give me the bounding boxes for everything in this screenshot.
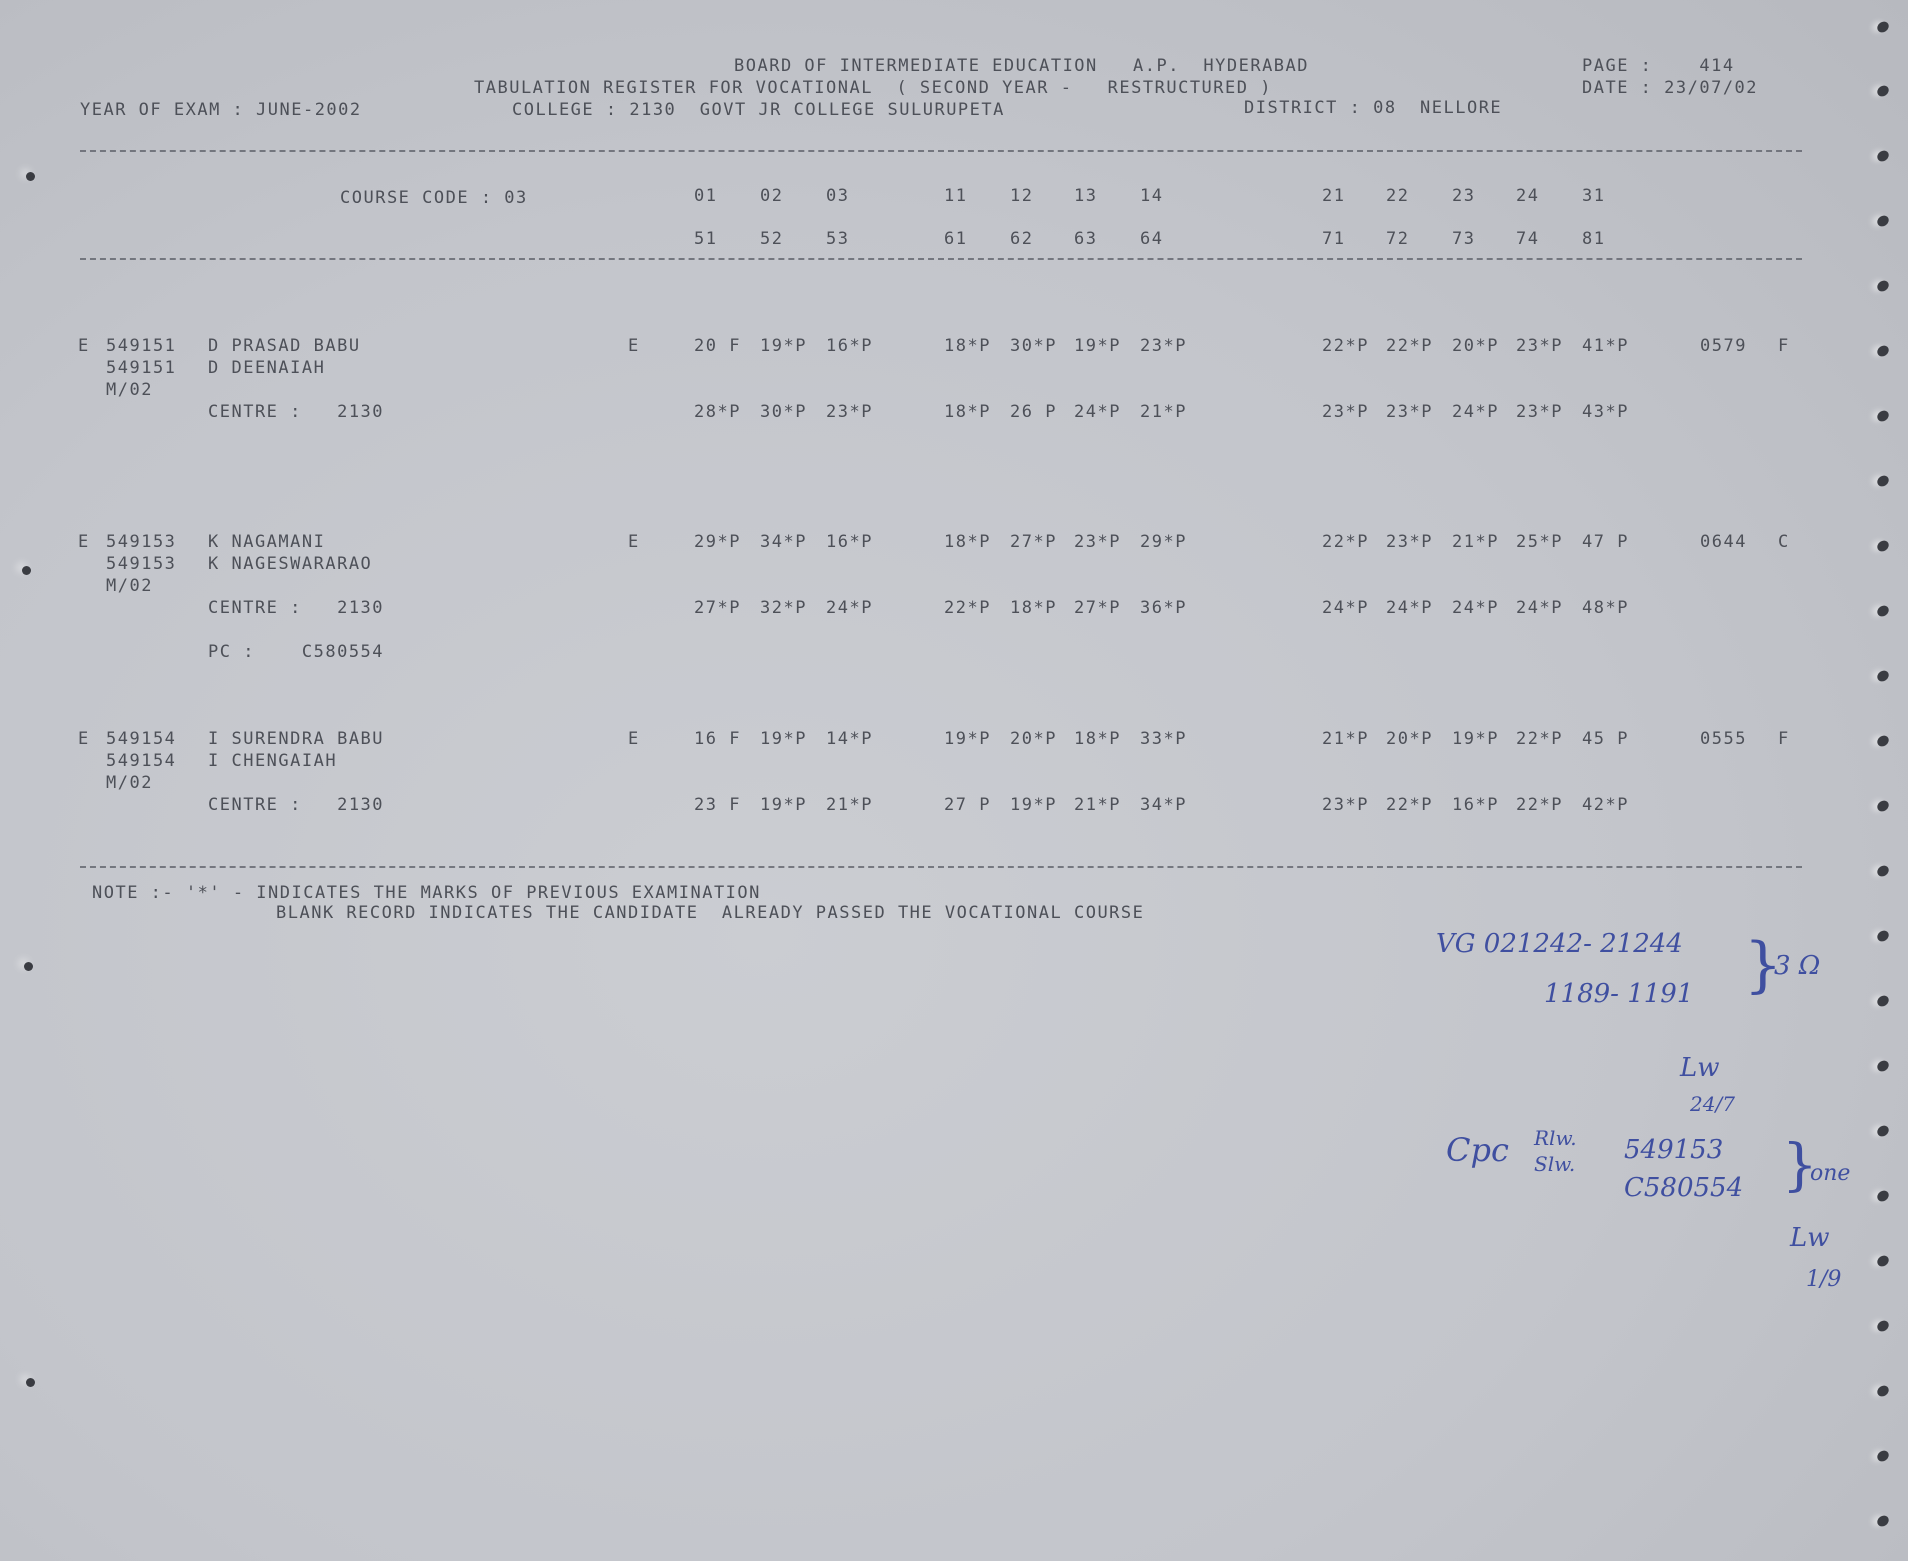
total-marks: 0644 xyxy=(1700,532,1747,552)
note-line-2: BLANK RECORD INDICATES THE CANDIDATE ALR… xyxy=(276,903,1144,923)
mark: 18*P xyxy=(1074,729,1121,749)
result-code: C xyxy=(1778,532,1790,552)
mark: 23 F xyxy=(694,795,741,815)
college-info: COLLEGE : 2130 GOVT JR COLLEGE SULURUPET… xyxy=(512,100,1005,120)
mark: 27*P xyxy=(694,598,741,618)
mark: 48*P xyxy=(1582,598,1629,618)
mark: 24*P xyxy=(1452,598,1499,618)
pc-number: PC : C580554 xyxy=(208,642,384,662)
year-of-exam: YEAR OF EXAM : JUNE-2002 xyxy=(80,100,362,120)
binding-hole-icon xyxy=(26,1378,35,1387)
binding-hole-icon xyxy=(24,962,33,971)
mark: 24*P xyxy=(1516,598,1563,618)
perforation-hole-icon xyxy=(1875,603,1891,618)
mark: 22*P xyxy=(1386,336,1433,356)
mark: 19*P xyxy=(760,729,807,749)
mark: 25*P xyxy=(1516,532,1563,552)
mark: 23*P xyxy=(1322,402,1369,422)
col-code: 14 xyxy=(1140,186,1163,206)
perforation-hole-icon xyxy=(1875,798,1891,813)
divider-bottom xyxy=(80,866,1802,868)
print-date: DATE : 23/07/02 xyxy=(1582,78,1758,98)
mark: 16 F xyxy=(694,729,741,749)
total-marks: 0555 xyxy=(1700,729,1747,749)
handwritten-abbr-1: Rlw. xyxy=(1534,1124,1577,1152)
mark: 19*P xyxy=(760,336,807,356)
hall-ticket-number: 549153 xyxy=(106,532,176,552)
mark: 45 P xyxy=(1582,729,1629,749)
mark: 21*P xyxy=(1322,729,1369,749)
mark: 20*P xyxy=(1010,729,1057,749)
perforation-hole-icon xyxy=(1875,993,1891,1008)
perforation-hole-icon xyxy=(1875,1383,1891,1398)
mark: 20*P xyxy=(1386,729,1433,749)
medium: E xyxy=(628,729,640,749)
result-code: F xyxy=(1778,729,1790,749)
mark: 27*P xyxy=(1074,598,1121,618)
father-name: K NAGESWARARAO xyxy=(208,554,372,574)
mark: 23*P xyxy=(1386,402,1433,422)
mark: 30*P xyxy=(760,402,807,422)
course-code: COURSE CODE : 03 xyxy=(340,188,528,208)
mark: 41*P xyxy=(1582,336,1629,356)
col-code: 52 xyxy=(760,229,783,249)
perforation-hole-icon xyxy=(1875,148,1891,163)
mark: 24*P xyxy=(1386,598,1433,618)
handwritten-initials-1: Lw xyxy=(1680,1054,1720,1082)
hall-ticket-number: 549151 xyxy=(106,336,176,356)
mark: 47 P xyxy=(1582,532,1629,552)
candidate-name: I SURENDRA BABU xyxy=(208,729,384,749)
perforation-hole-icon xyxy=(1875,733,1891,748)
mark: 19*P xyxy=(760,795,807,815)
mark: 34*P xyxy=(760,532,807,552)
mark: 24*P xyxy=(1452,402,1499,422)
col-code: 22 xyxy=(1386,186,1409,206)
register-title: TABULATION REGISTER FOR VOCATIONAL ( SEC… xyxy=(474,78,1272,98)
perforation-hole-icon xyxy=(1875,1058,1891,1073)
mark: 19*P xyxy=(944,729,991,749)
col-code: 12 xyxy=(1010,186,1033,206)
mark: 19*P xyxy=(1452,729,1499,749)
mark: 34*P xyxy=(1140,795,1187,815)
exam-session: M/02 xyxy=(106,773,153,793)
mark: 33*P xyxy=(1140,729,1187,749)
district-info: DISTRICT : 08 NELLORE xyxy=(1244,98,1502,118)
col-code: 61 xyxy=(944,229,967,249)
divider-top xyxy=(80,150,1802,152)
mark: 16*P xyxy=(826,532,873,552)
col-code: 74 xyxy=(1516,229,1539,249)
mark: 24*P xyxy=(1074,402,1121,422)
reference-number: 549154 xyxy=(106,751,176,771)
perforation-hole-icon xyxy=(1875,213,1891,228)
mark: 20 F xyxy=(694,336,741,356)
exam-session: M/02 xyxy=(106,576,153,596)
mark: 23*P xyxy=(1516,402,1563,422)
handwritten-count-1: 3 Ω xyxy=(1774,952,1820,980)
centre-code: CENTRE : 2130 xyxy=(208,598,384,618)
col-code: 13 xyxy=(1074,186,1097,206)
tabulation-register-page: BOARD OF INTERMEDIATE EDUCATION A.P. HYD… xyxy=(0,0,1908,1561)
mark: 22*P xyxy=(1322,336,1369,356)
mark: 21*P xyxy=(1452,532,1499,552)
col-code: 11 xyxy=(944,186,967,206)
divider-columns xyxy=(80,258,1802,260)
mark: 24*P xyxy=(1322,598,1369,618)
mark: 42*P xyxy=(1582,795,1629,815)
mark: 24*P xyxy=(826,598,873,618)
father-name: D DEENAIAH xyxy=(208,358,325,378)
mark: 18*P xyxy=(944,532,991,552)
candidate-name: D PRASAD BABU xyxy=(208,336,361,356)
binding-hole-icon xyxy=(26,172,35,181)
mark: 23*P xyxy=(1074,532,1121,552)
perforation-hole-icon xyxy=(1875,1123,1891,1138)
mark: 23*P xyxy=(1516,336,1563,356)
col-code: 73 xyxy=(1452,229,1475,249)
result-code: F xyxy=(1778,336,1790,356)
handwritten-range-2: 1189- 1191 xyxy=(1544,980,1693,1008)
record-prefix: E xyxy=(78,532,90,552)
col-code: 63 xyxy=(1074,229,1097,249)
mark: 19*P xyxy=(1010,795,1057,815)
col-code: 53 xyxy=(826,229,849,249)
mark: 18*P xyxy=(944,336,991,356)
note-line-1: NOTE :- '*' - INDICATES THE MARKS OF PRE… xyxy=(92,883,761,903)
reference-number: 549153 xyxy=(106,554,176,574)
perforation-hole-icon xyxy=(1875,863,1891,878)
mark: 29*P xyxy=(694,532,741,552)
mark: 19*P xyxy=(1074,336,1121,356)
col-code: 24 xyxy=(1516,186,1539,206)
perforation-hole-icon xyxy=(1875,473,1891,488)
col-code: 03 xyxy=(826,186,849,206)
total-marks: 0579 xyxy=(1700,336,1747,356)
father-name: I CHENGAIAH xyxy=(208,751,337,771)
mark: 30*P xyxy=(1010,336,1057,356)
mark: 22*P xyxy=(1516,795,1563,815)
candidate-name: K NAGAMANI xyxy=(208,532,325,552)
mark: 21*P xyxy=(1140,402,1187,422)
mark: 28*P xyxy=(694,402,741,422)
record-prefix: E xyxy=(78,336,90,356)
handwritten-date-1: 24/7 xyxy=(1690,1090,1735,1118)
handwritten-cpc: Cpc xyxy=(1446,1136,1509,1164)
mark: 27*P xyxy=(1010,532,1057,552)
perforation-hole-icon xyxy=(1875,1448,1891,1463)
col-code: 62 xyxy=(1010,229,1033,249)
perforation-hole-icon xyxy=(1875,668,1891,683)
hall-ticket-number: 549154 xyxy=(106,729,176,749)
medium: E xyxy=(628,336,640,356)
col-code: 01 xyxy=(694,186,717,206)
mark: 16*P xyxy=(826,336,873,356)
mark: 22*P xyxy=(944,598,991,618)
mark: 20*P xyxy=(1452,336,1499,356)
mark: 14*P xyxy=(826,729,873,749)
col-code: 72 xyxy=(1386,229,1409,249)
mark: 29*P xyxy=(1140,532,1187,552)
col-code: 81 xyxy=(1582,229,1605,249)
handwritten-number-2: C580554 xyxy=(1624,1174,1743,1202)
mark: 21*P xyxy=(826,795,873,815)
mark: 22*P xyxy=(1322,532,1369,552)
col-code: 21 xyxy=(1322,186,1345,206)
col-code: 51 xyxy=(694,229,717,249)
perforation-hole-icon xyxy=(1875,278,1891,293)
perforation-hole-icon xyxy=(1875,83,1891,98)
perforation-hole-icon xyxy=(1875,408,1891,423)
mark: 23*P xyxy=(826,402,873,422)
mark: 32*P xyxy=(760,598,807,618)
perforation-hole-icon xyxy=(1875,928,1891,943)
mark: 21*P xyxy=(1074,795,1121,815)
col-code: 23 xyxy=(1452,186,1475,206)
mark: 18*P xyxy=(1010,598,1057,618)
mark: 36*P xyxy=(1140,598,1187,618)
perforation-hole-icon xyxy=(1875,1188,1891,1203)
handwritten-count-2: one xyxy=(1810,1160,1850,1188)
mark: 22*P xyxy=(1516,729,1563,749)
exam-session: M/02 xyxy=(106,380,153,400)
mark: 43*P xyxy=(1582,402,1629,422)
mark: 23*P xyxy=(1322,795,1369,815)
centre-code: CENTRE : 2130 xyxy=(208,402,384,422)
mark: 23*P xyxy=(1140,336,1187,356)
perforation-hole-icon xyxy=(1875,343,1891,358)
perforation-hole-icon xyxy=(1875,19,1891,34)
perforation-hole-icon xyxy=(1875,1253,1891,1268)
col-code: 71 xyxy=(1322,229,1345,249)
perforation-hole-icon xyxy=(1875,538,1891,553)
binding-hole-icon xyxy=(22,566,31,575)
mark: 16*P xyxy=(1452,795,1499,815)
col-code: 02 xyxy=(760,186,783,206)
perforation-hole-icon xyxy=(1875,1318,1891,1333)
mark: 27 P xyxy=(944,795,991,815)
mark: 26 P xyxy=(1010,402,1057,422)
mark: 22*P xyxy=(1386,795,1433,815)
mark: 18*P xyxy=(944,402,991,422)
reference-number: 549151 xyxy=(106,358,176,378)
col-code: 31 xyxy=(1582,186,1605,206)
page-number: PAGE : 414 xyxy=(1582,56,1735,76)
col-code: 64 xyxy=(1140,229,1163,249)
board-title: BOARD OF INTERMEDIATE EDUCATION A.P. HYD… xyxy=(734,56,1309,76)
medium: E xyxy=(628,532,640,552)
record-prefix: E xyxy=(78,729,90,749)
centre-code: CENTRE : 2130 xyxy=(208,795,384,815)
handwritten-range-1: VG 021242- 21244 xyxy=(1436,930,1683,958)
mark: 23*P xyxy=(1386,532,1433,552)
handwritten-abbr-2: Slw. xyxy=(1534,1150,1575,1178)
perforation-hole-icon xyxy=(1875,1513,1891,1528)
handwritten-number-1: 549153 xyxy=(1624,1136,1723,1164)
handwritten-date-2: 1/9 xyxy=(1806,1266,1841,1294)
handwritten-initials-2: Lw xyxy=(1790,1224,1830,1252)
